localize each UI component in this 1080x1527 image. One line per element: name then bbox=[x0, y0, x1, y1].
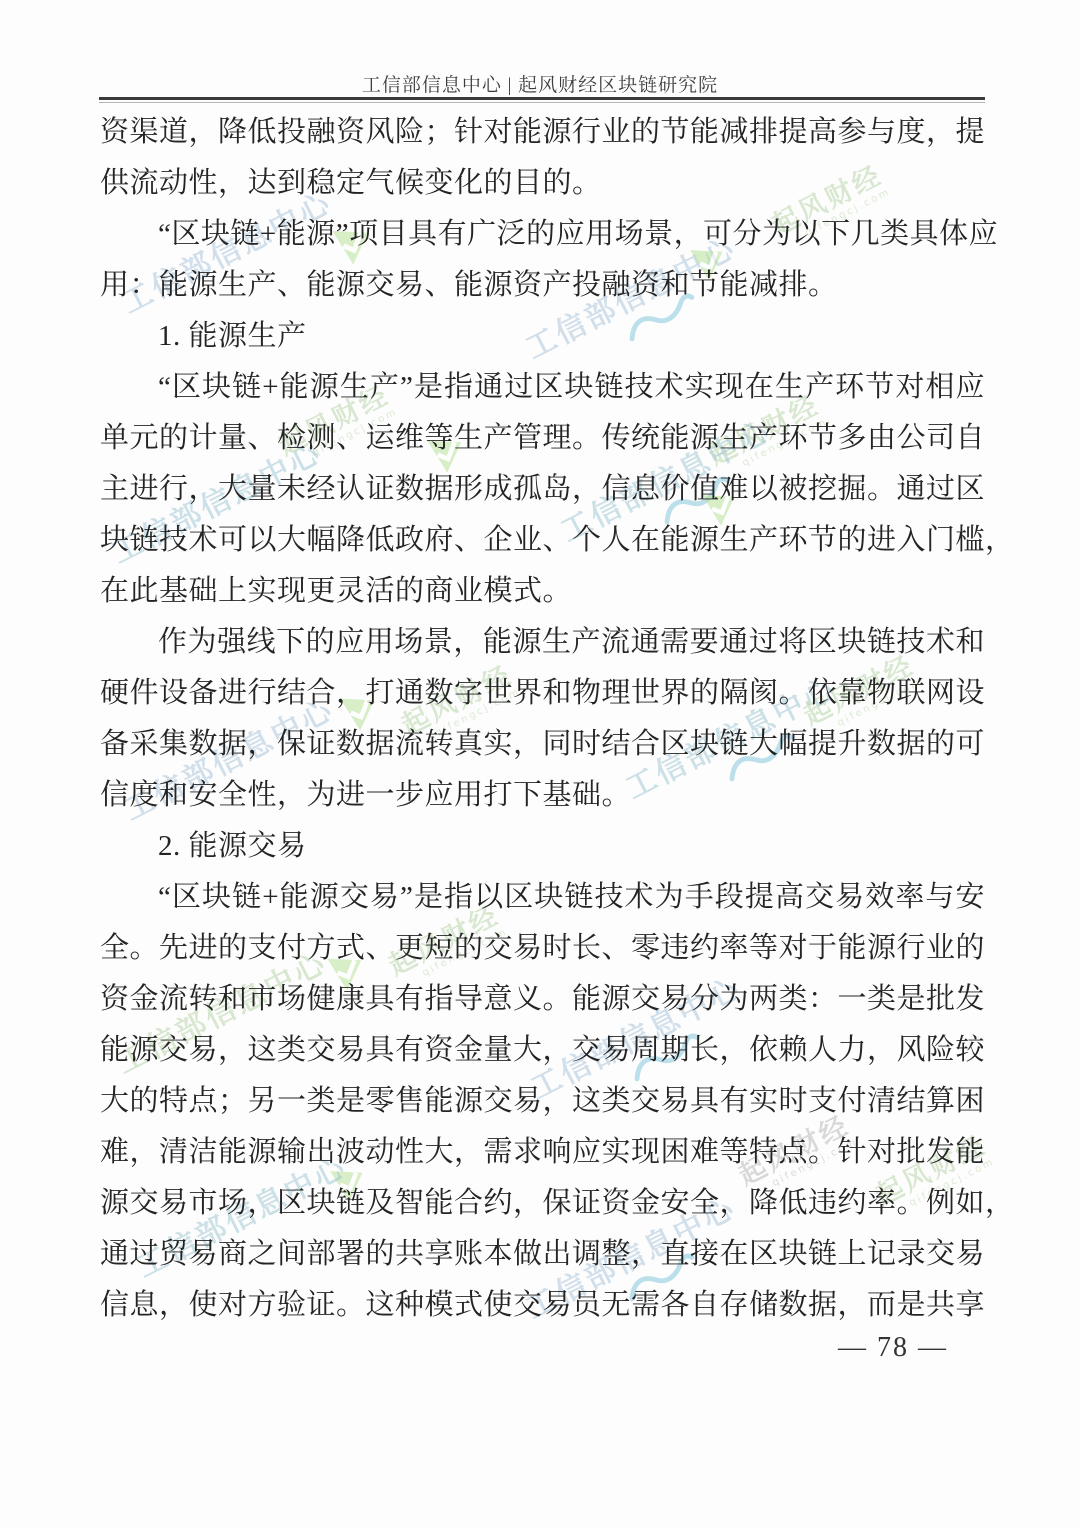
body-line: 供流动性，达到稳定气候变化的目的。 bbox=[100, 158, 985, 209]
body-line: “区块链+能源交易”是指以区块链技术为手段提高交易效率与安 bbox=[100, 872, 985, 923]
header-rule bbox=[99, 97, 985, 103]
body-line: 通过贸易商之间部署的共享账本做出调整，直接在区块链上记录交易 bbox=[100, 1229, 985, 1280]
body-line: 源交易市场，区块链及智能合约，保证资金安全，降低违约率。例如， bbox=[100, 1178, 985, 1229]
section-heading-2: 2. 能源交易 bbox=[100, 821, 985, 872]
body-line: 作为强线下的应用场景，能源生产流通需要通过将区块链技术和 bbox=[100, 617, 985, 668]
document-body: 资渠道，降低投融资风险；针对能源行业的节能减排提高参与度，提 供流动性，达到稳定… bbox=[100, 107, 985, 1331]
body-line: 主进行，大量未经认证数据形成孤岛，信息价值难以被挖掘。通过区 bbox=[100, 464, 985, 515]
body-line: 资金流转和市场健康具有指导意义。能源交易分为两类：一类是批发 bbox=[100, 974, 985, 1025]
body-line: 硬件设备进行结合，打通数字世界和物理世界的隔阂。依靠物联网设 bbox=[100, 668, 985, 719]
section-heading-1: 1. 能源生产 bbox=[100, 311, 985, 362]
body-line: “区块链+能源生产”是指通过区块链技术实现在生产环节对相应 bbox=[100, 362, 985, 413]
body-line: 难，清洁能源输出波动性大，需求响应实现困难等特点。针对批发能 bbox=[100, 1127, 985, 1178]
body-line: 全。先进的支付方式、更短的交易时长、零违约率等对于能源行业的 bbox=[100, 923, 985, 974]
document-page: 工信部信息中心 工信部信息中心 起风财经 qifengcj.com 起风财经 q… bbox=[0, 0, 1080, 1527]
body-line: 能源交易，这类交易具有资金量大，交易周期长，依赖人力，风险较 bbox=[100, 1025, 985, 1076]
body-line: 备采集数据，保证数据流转真实，同时结合区块链大幅提升数据的可 bbox=[100, 719, 985, 770]
body-line: 大的特点；另一类是零售能源交易，这类交易具有实时支付清结算困 bbox=[100, 1076, 985, 1127]
body-line: 用：能源生产、能源交易、能源资产投融资和节能减排。 bbox=[100, 260, 985, 311]
body-line: 资渠道，降低投融资风险；针对能源行业的节能减排提高参与度，提 bbox=[100, 107, 985, 158]
page-number: — 78 — bbox=[100, 1332, 948, 1364]
body-line: 信息，使对方验证。这种模式使交易员无需各自存储数据，而是共享 bbox=[100, 1280, 985, 1331]
body-line: 单元的计量、检测、运维等生产管理。传统能源生产环节多由公司自 bbox=[100, 413, 985, 464]
body-line: “区块链+能源”项目具有广泛的应用场景，可分为以下几类具体应 bbox=[100, 209, 985, 260]
page-header-title: 工信部信息中心 | 起风财经区块链研究院 bbox=[0, 70, 1080, 97]
body-line: 在此基础上实现更灵活的商业模式。 bbox=[100, 566, 985, 617]
body-line: 块链技术可以大幅降低政府、企业、个人在能源生产环节的进入门槛， bbox=[100, 515, 985, 566]
body-line: 信度和安全性，为进一步应用打下基础。 bbox=[100, 770, 985, 821]
